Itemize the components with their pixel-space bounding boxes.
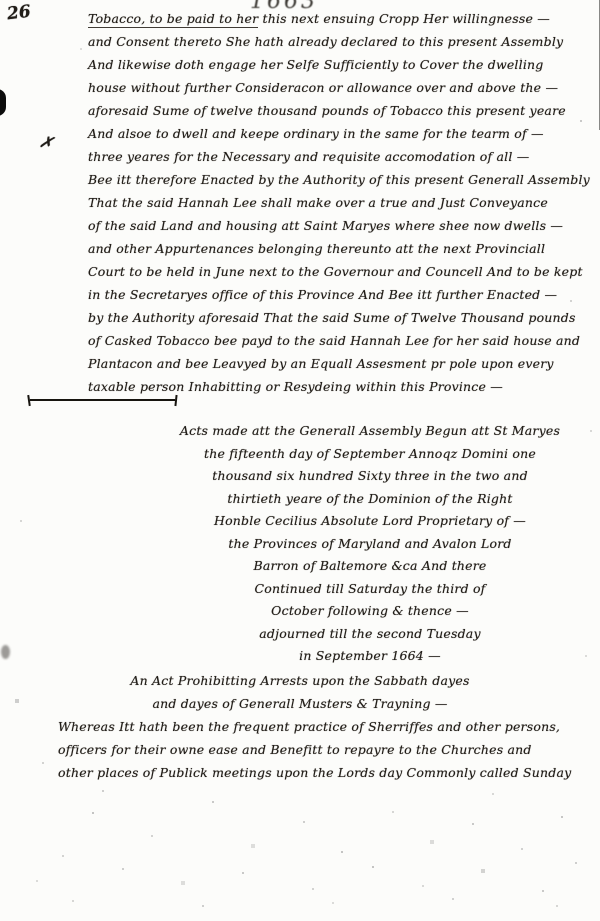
act-title: An Act Prohibitting Arrests upon the Sab… (55, 669, 545, 715)
text-line: Plantacon and bee Leavyed by an Equall A… (88, 352, 593, 375)
text-line: aforesaid Sume of twelve thousand pounds… (88, 99, 593, 122)
text-line: the fifteenth day of September Annoqz Do… (160, 443, 580, 466)
text-line: Tobacco, to be paid to her this next ens… (88, 7, 593, 30)
line-rest: this next ensuing Cropp Her willingnesse… (258, 11, 550, 26)
manuscript-page: 26 1663 ✗ Tobacco, to be paid to her thi… (0, 0, 600, 921)
text-line: Honble Cecilius Absolute Lord Proprietar… (160, 510, 580, 533)
text-line: Barron of Baltemore &ca And there (160, 555, 580, 578)
text-line: Whereas Itt hath been the frequent pract… (58, 715, 588, 738)
text-line: and dayes of Generall Musters & Trayning… (55, 692, 545, 715)
text-line: taxable person Inhabitting or Resydeing … (88, 375, 593, 398)
text-line: adjourned till the second Tuesday (160, 623, 580, 646)
paper-speckles (0, 0, 2, 2)
underlined-phrase: Tobacco, to be paid to her (88, 11, 258, 28)
text-line: by the Authority aforesaid That the said… (88, 306, 593, 329)
margin-cross-mark: ✗ (37, 132, 55, 155)
text-line: three yeares for the Necessary and requi… (88, 145, 593, 168)
text-line: That the said Hannah Lee shall make over… (88, 191, 593, 214)
text-line: And alsoe to dwell and keepe ordinary in… (88, 122, 593, 145)
body-lines: and Consent thereto She hath already dec… (88, 30, 593, 398)
text-line: and Consent thereto She hath already dec… (88, 30, 593, 53)
text-line: in September 1664 — (160, 645, 580, 668)
text-line: October following & thence — (160, 600, 580, 623)
text-line: the Provinces of Maryland and Avalon Lor… (160, 533, 580, 556)
session-preamble: Acts made att the Generall Assembly Begu… (160, 420, 580, 668)
page-number: 26 (6, 2, 32, 25)
binding-mark (0, 89, 6, 116)
ink-smudge (1, 645, 10, 659)
text-line: officers for their owne ease and Benefit… (58, 738, 588, 761)
text-line: of Casked Tobacco bee payd to the said H… (88, 329, 593, 352)
section-divider-rule (30, 399, 175, 401)
act-body-text: Tobacco, to be paid to her this next ens… (88, 7, 593, 398)
text-line: and other Appurtenances belonging thereu… (88, 237, 593, 260)
text-line: in the Secretaryes office of this Provin… (88, 283, 593, 306)
text-line: Continued till Saturday the third of (160, 578, 580, 601)
text-line: of the said Land and housing att Saint M… (88, 214, 593, 237)
text-line: thousand six hundred Sixty three in the … (160, 465, 580, 488)
text-line: Acts made att the Generall Assembly Begu… (160, 420, 580, 443)
text-line: An Act Prohibitting Arrests upon the Sab… (55, 669, 545, 692)
text-line: Bee itt therefore Enacted by the Authori… (88, 168, 593, 191)
whereas-clause: Whereas Itt hath been the frequent pract… (58, 715, 588, 784)
text-line: other places of Publick meetings upon th… (58, 761, 588, 784)
text-line: And likewise doth engage her Selfe Suffi… (88, 53, 593, 76)
text-line: Court to be held in June next to the Gov… (88, 260, 593, 283)
text-line: house without further Consideracon or al… (88, 76, 593, 99)
text-line: thirtieth yeare of the Dominion of the R… (160, 488, 580, 511)
